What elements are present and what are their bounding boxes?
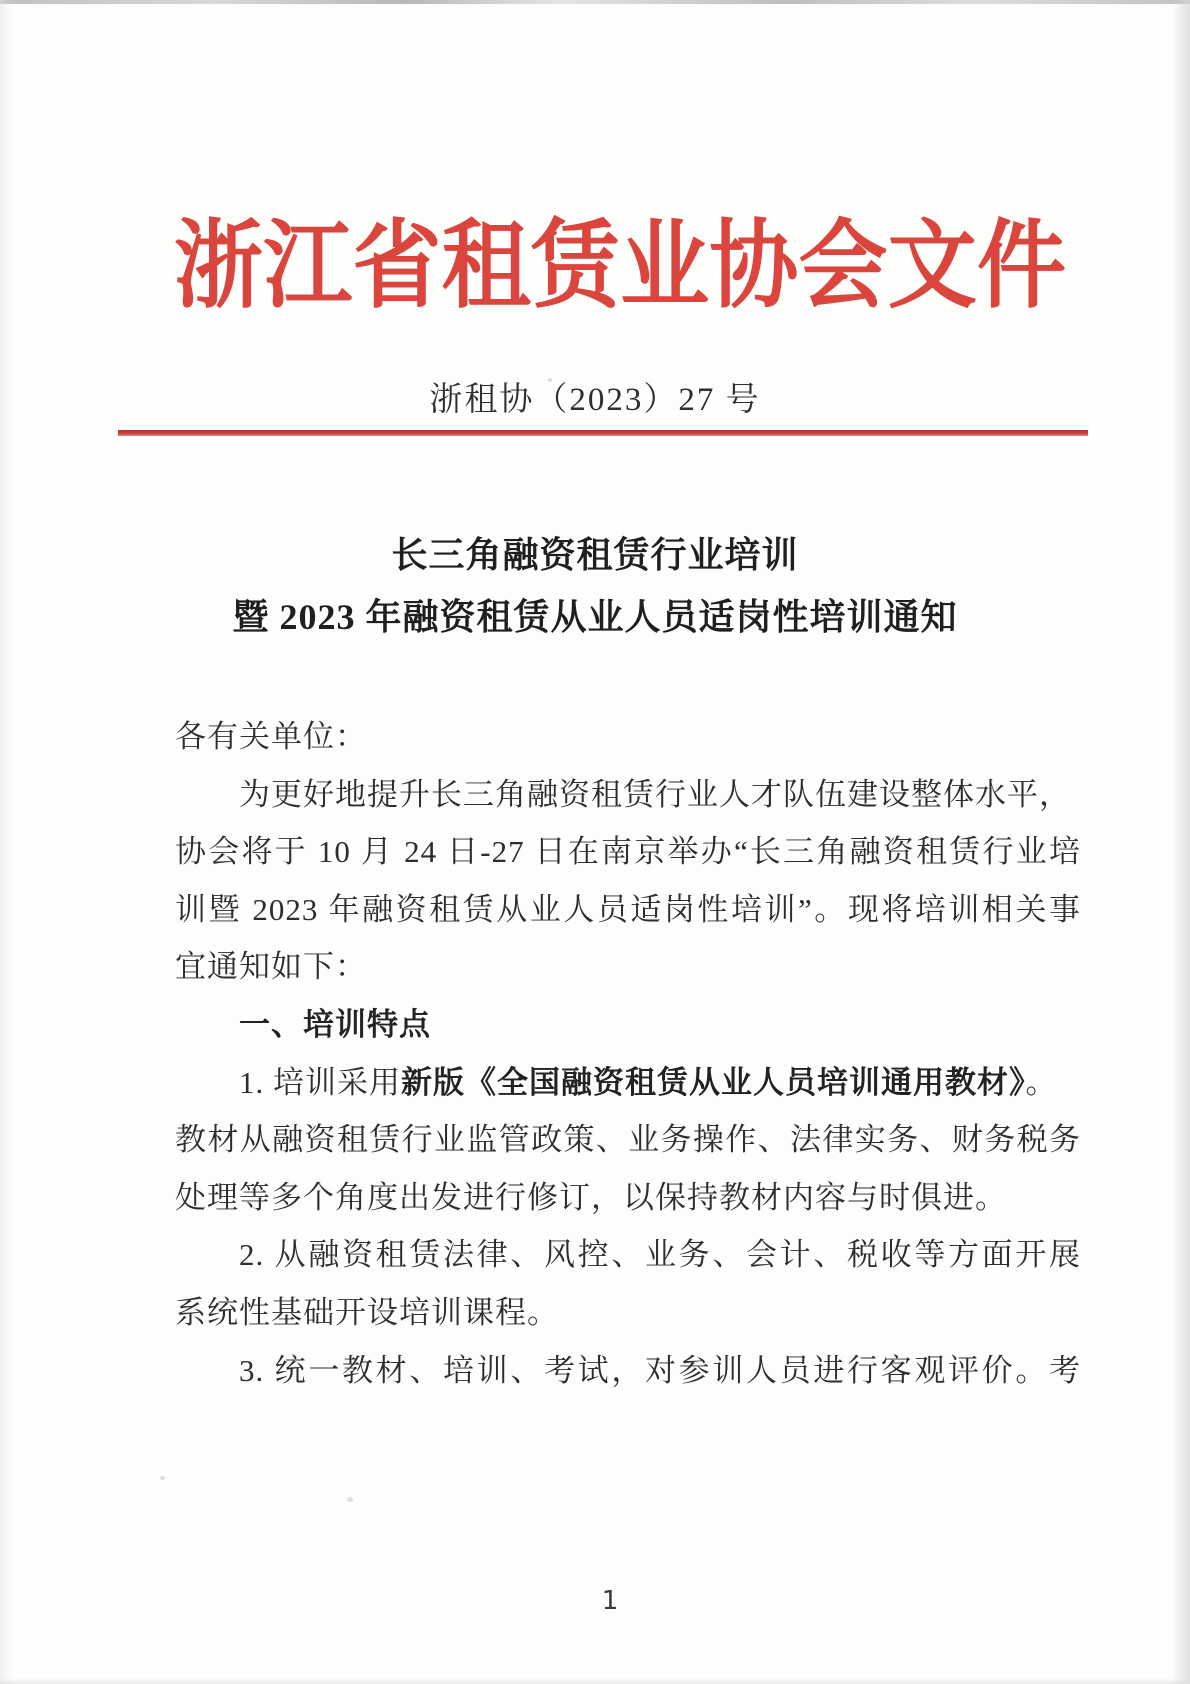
- letterhead-org-title: 浙江省租赁业协会文件: [174, 213, 1066, 321]
- notice-title-line1: 长三角融资租赁行业培训: [0, 524, 1190, 586]
- body-line: 宜通知如下：: [175, 938, 1081, 996]
- letterhead-red-rule: [118, 430, 1088, 436]
- body-line: 处理等多个角度出发进行修订，以保持教材内容与时俱进。: [175, 1169, 1081, 1227]
- document-number: 浙租协（2023）27 号: [0, 380, 1190, 420]
- scan-edge-top-shadow: [0, 0, 1190, 4]
- body-line: 训暨 2023 年融资租赁从业人员适岗性培训”。现将培训相关事: [175, 881, 1081, 939]
- scan-speck: [347, 1497, 353, 1502]
- body-line-salutation: 各有关单位：: [175, 708, 1081, 766]
- scan-edge-left-shadow: [0, 0, 12, 1684]
- scan-edge-bottom-shadow: [0, 1678, 1190, 1684]
- item1-book-title: 新版《全国融资租赁从业人员培训通用教材》: [401, 1065, 1026, 1100]
- body-line-item3: 3. 统一教材、培训、考试，对参训人员进行客观评价。考: [175, 1342, 1081, 1400]
- body-line-item2: 2. 从融资租赁法律、风控、业务、会计、税收等方面开展: [175, 1226, 1081, 1284]
- body-line-item1: 1. 培训采用新版《全国融资租赁从业人员培训通用教材》。: [175, 1054, 1081, 1112]
- body-line: 为更好地提升长三角融资租赁行业人才队伍建设整体水平，: [175, 766, 1081, 824]
- body-line: 系统性基础开设培训课程。: [175, 1284, 1081, 1342]
- notice-title: 长三角融资租赁行业培训 暨 2023 年融资租赁从业人员适岗性培训通知: [0, 524, 1190, 648]
- scanned-document-page: 浙江省租赁业协会文件 浙租协（2023）27 号 长三角融资租赁行业培训 暨 2…: [0, 0, 1190, 1684]
- notice-body: 各有关单位： 为更好地提升长三角融资租赁行业人才队伍建设整体水平， 协会将于 1…: [175, 708, 1081, 1399]
- body-section-heading: 一、培训特点: [175, 996, 1081, 1054]
- body-line: 协会将于 10 月 24 日-27 日在南京举办“长三角融资租赁行业培: [175, 823, 1081, 881]
- item1-prefix: 1. 培训采用: [239, 1065, 401, 1100]
- notice-title-line2: 暨 2023 年融资租赁从业人员适岗性培训通知: [0, 586, 1190, 648]
- page-number: 1: [15, 1586, 1190, 1616]
- scan-edge-right-shadow: [1172, 0, 1190, 1684]
- body-line: 教材从融资租赁行业监管政策、业务操作、法律实务、财务税务: [175, 1111, 1081, 1169]
- scan-speck: [160, 1476, 165, 1480]
- item1-suffix: 。: [1026, 1065, 1058, 1100]
